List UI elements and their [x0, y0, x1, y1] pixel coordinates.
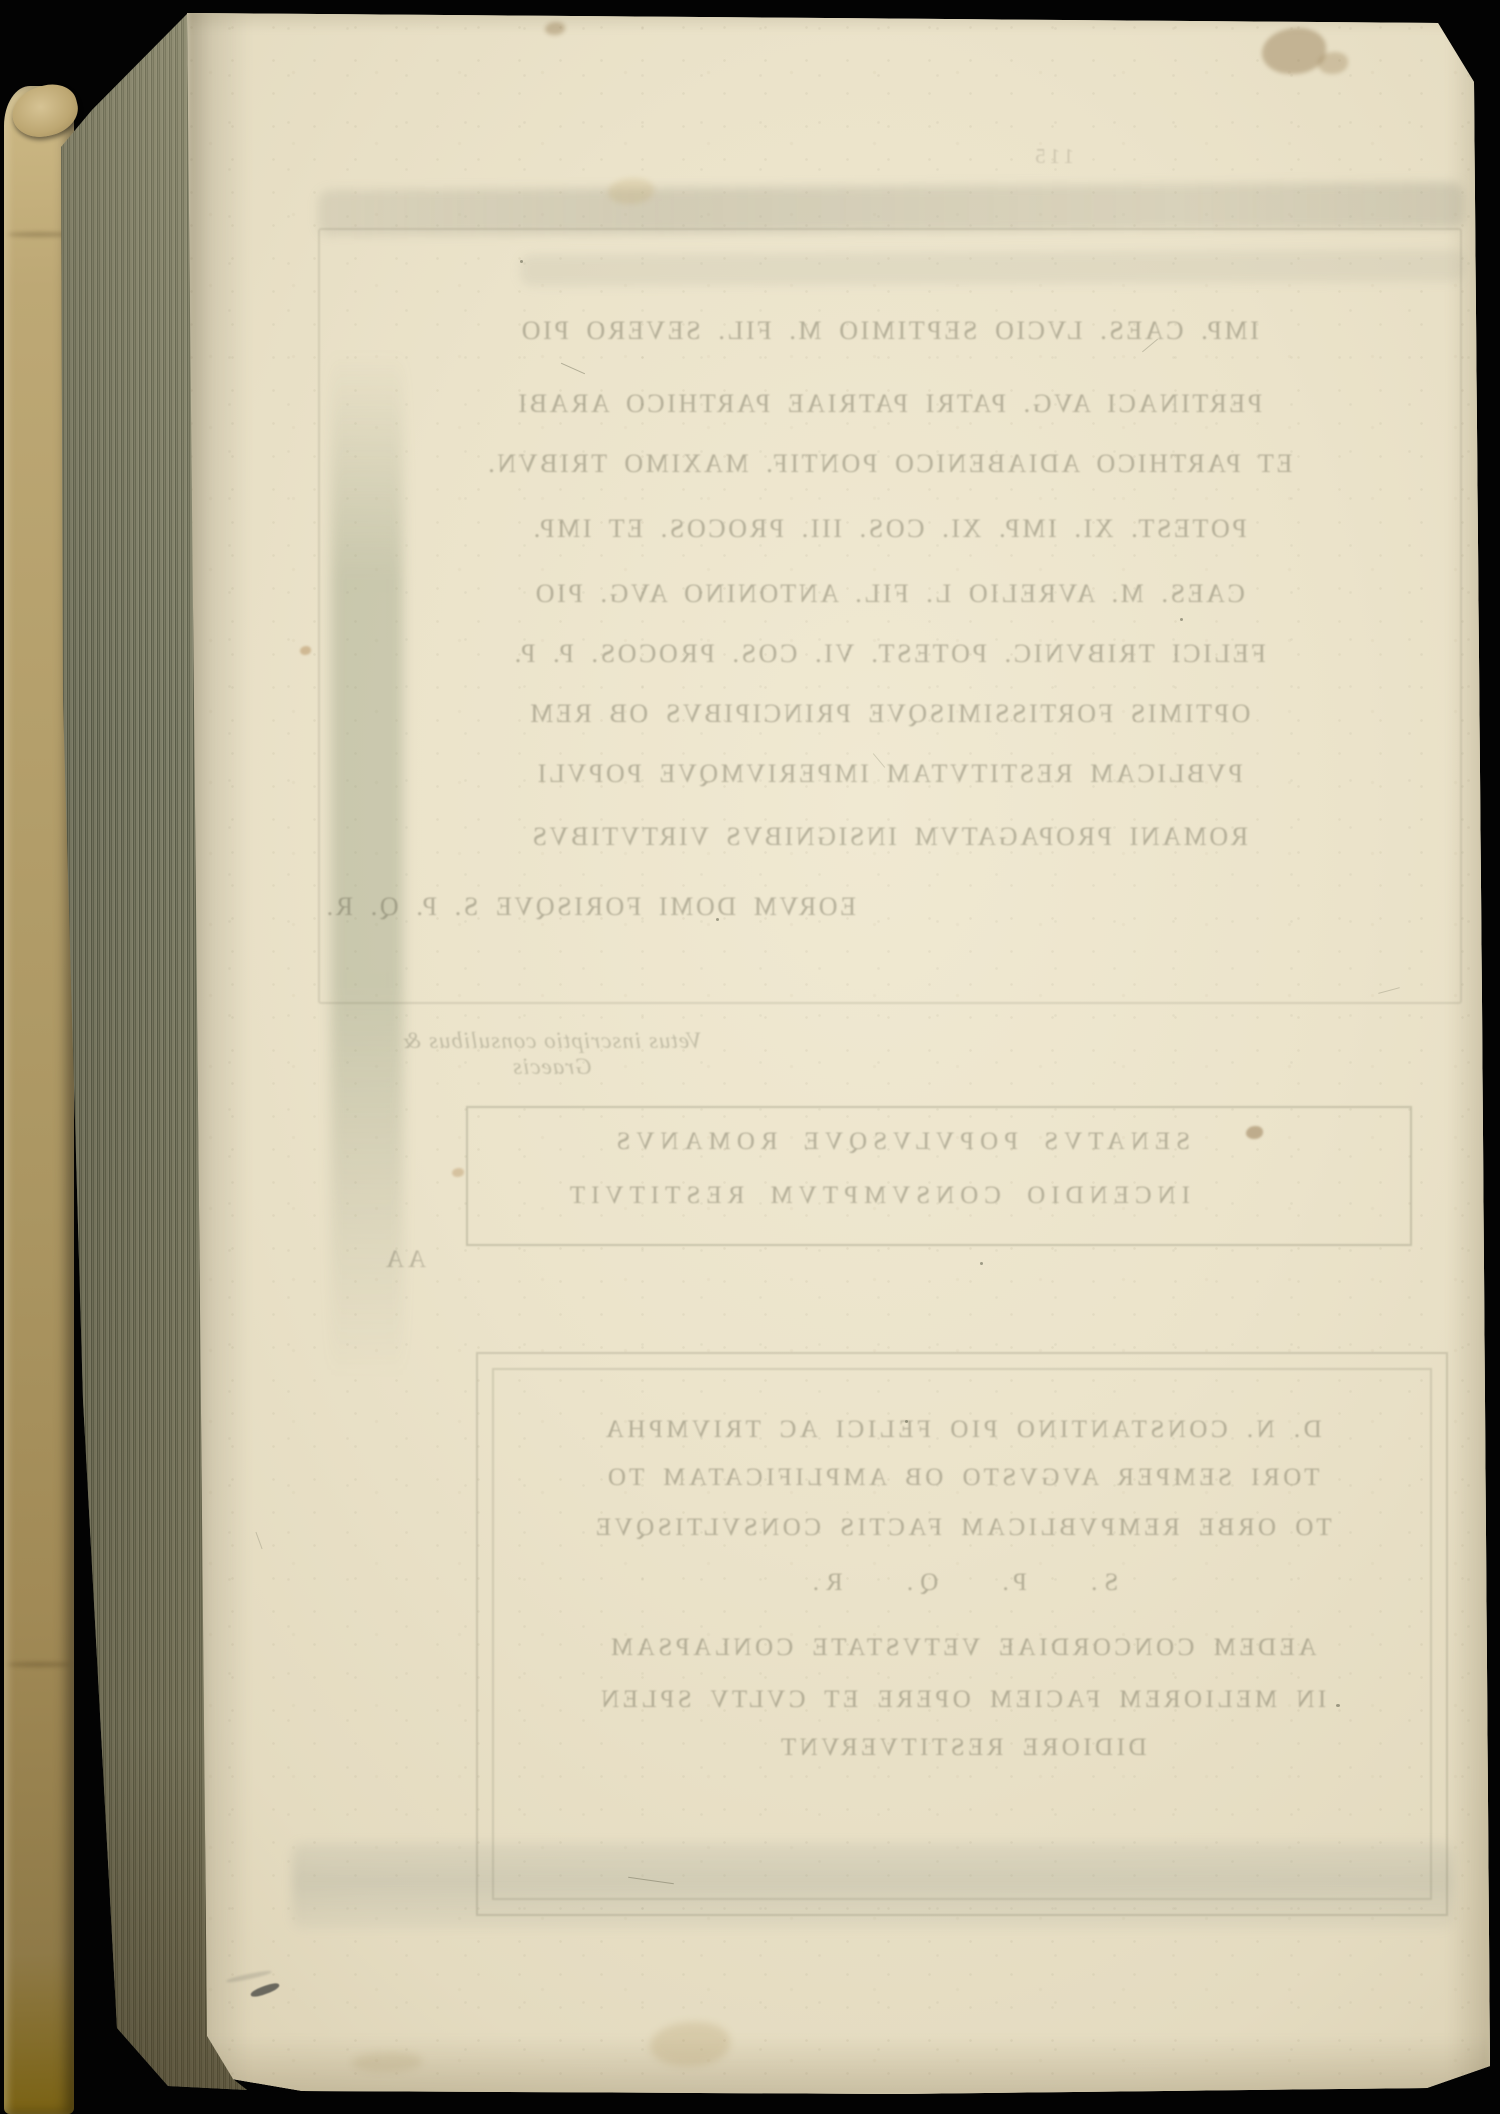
stain	[1318, 52, 1348, 74]
speck	[1336, 1704, 1340, 1707]
inscription-line: EORVM DOMI FORISQVE S. P. Q. R.	[324, 892, 930, 922]
book-photo-stage: 115 IMP. CAES. LVCIO SEPTIMIO M. FIL. SE…	[0, 0, 1500, 2114]
spine-crease	[8, 232, 70, 237]
lower-box-line: DIDIORE RESTITVERVNT	[502, 1734, 1422, 1762]
speck	[905, 1420, 908, 1423]
stain	[352, 2052, 422, 2072]
lower-box-line: D. N. CONSTANTINO PIO FELICI AC TRIVMPHA	[502, 1416, 1422, 1444]
speck	[520, 260, 523, 263]
showthrough-page-number: 115	[1031, 144, 1074, 169]
stain	[608, 178, 654, 204]
speck	[1180, 618, 1183, 621]
inscription-line: POTEST. XI. IMP. XI. COS. III. PROCOS. E…	[320, 514, 1458, 544]
showthrough-middle-box: SENATVS POPVLVSQVE ROMANVS INCENDIO CONS…	[466, 1106, 1412, 1246]
speck	[716, 918, 719, 921]
middle-box-line: INCENDIO CONSVMPTVM RESTITVIT	[564, 1182, 1190, 1210]
book-page: 115 IMP. CAES. LVCIO SEPTIMIO M. FIL. SE…	[0, 0, 1500, 2114]
lower-box-line: TO ORBE REMPVBLICAM FACTIS CONSVLTISQVE	[502, 1514, 1422, 1542]
handwritten-annotation: Vetus inscriptio consulibus & Graecis	[376, 1028, 728, 1080]
middle-box-line: SENATVS POPVLVSQVE ROMANVS	[611, 1128, 1191, 1156]
stain	[1262, 28, 1326, 74]
lower-box-line: AEDEM CONCORDIAE VETVSTATE CONLAPSAM	[502, 1634, 1422, 1662]
quire-signature-mark: AA	[382, 1246, 426, 1274]
inscription-line: CAES. M. AVRELIO L. FIL. ANTONINO AVG. P…	[320, 579, 1458, 609]
stain	[1246, 1126, 1263, 1139]
stain	[452, 1168, 464, 1177]
inscription-line: PVBLICAM RESTITVTAM IMPERIVMQVE POPVLI	[320, 759, 1458, 789]
stain	[300, 646, 311, 655]
showthrough-lower-box: D. N. CONSTANTINO PIO FELICI AC TRIVMPHA…	[476, 1352, 1448, 1916]
stain	[650, 2022, 730, 2066]
speck	[980, 1262, 983, 1265]
inscription-line: ROMANI PROPAGATVM INSIGNIBVS VIRTVTIBVS	[320, 822, 1458, 852]
inscription-line: PERTINACI AVG. PATRI PATRIAE PARTHICO AR…	[320, 389, 1458, 419]
showthrough-text-layer: 115 IMP. CAES. LVCIO SEPTIMIO M. FIL. SE…	[310, 140, 1470, 1920]
stain	[545, 22, 565, 35]
inscription-line: ET PARTHICO ADIABENICO PONTIF. MAXIMO TR…	[320, 449, 1458, 479]
page-edge-shadow-top	[186, 8, 1466, 32]
spine-crease	[8, 1662, 70, 1667]
lower-box-line: TORI SEMPER AVGVSTO OB AMPLIFICATAM TO	[502, 1464, 1422, 1492]
inscription-line: FELICI TRIBVNIC. POTEST. VI. COS. PROCOS…	[320, 639, 1458, 669]
lower-box-line: IN MELIOREM FACIEM OPERE ET CVLTV SPLEN	[502, 1686, 1422, 1714]
inscription-line: OPTIMIS FORTISSIMISQVE PRINCIPIBVS OB RE…	[320, 699, 1458, 729]
lower-box-line: S. P. Q. R.	[502, 1569, 1422, 1597]
inscription-line: IMP. CAES. LVCIO SEPTIMIO M. FIL. SEVERO…	[320, 316, 1458, 346]
